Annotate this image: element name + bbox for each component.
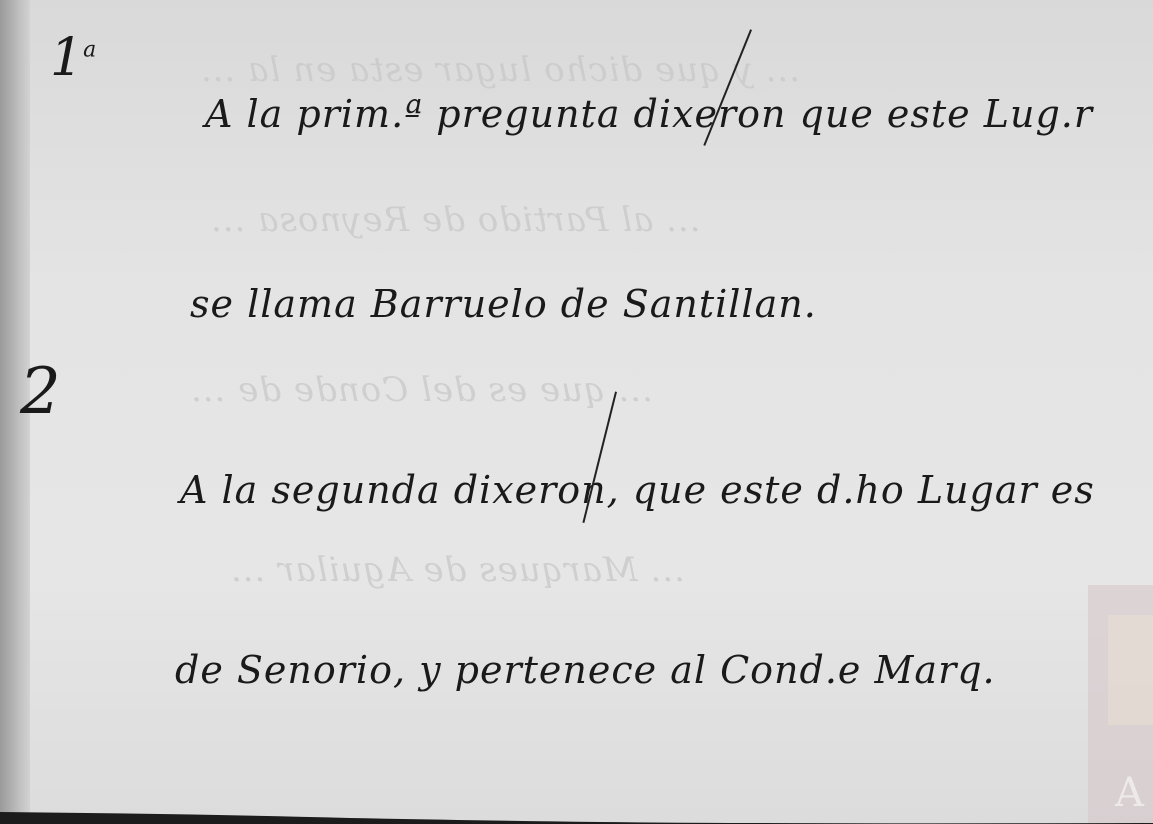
bleed-through-line: ... Marques de Aguilar ... (230, 550, 685, 590)
bleed-through-line: ... y que dicho lugar esta en la ... (200, 50, 800, 90)
manuscript-line: A la segunda dixeron, que este d.ho Luga… (180, 468, 1095, 512)
item-number: 2 (20, 355, 61, 429)
manuscript-line: A la prim.ª pregunta dixeron que este Lu… (205, 92, 1093, 136)
page-bottom-edge (0, 784, 1153, 824)
manuscript-page: ... y que dicho lugar esta en la ... ...… (0, 0, 1153, 824)
manuscript-line: se llama Barruelo de Santillan. (190, 282, 817, 326)
archive-watermark-logo (1108, 615, 1153, 725)
bleed-through-line: ... que es del Conde de ... (190, 370, 653, 410)
bleed-through-line: ... al Partido de Reynosa ... (210, 200, 701, 240)
item-number: 1a (50, 28, 96, 88)
manuscript-line: de Senorio, y pertenece al Cond.e Marq. (175, 648, 996, 692)
